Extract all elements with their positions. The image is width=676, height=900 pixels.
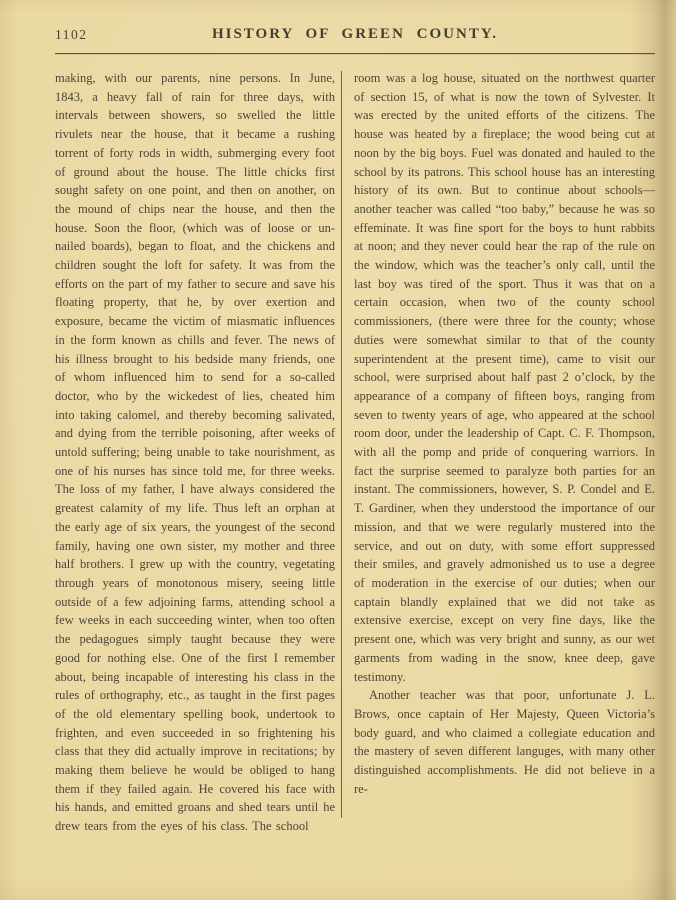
header-rule [55,53,655,54]
paragraph: room was a log house, situated on the no… [354,69,655,686]
text-columns: making, with our parents, nine persons. … [55,69,655,836]
column-divider [341,71,342,818]
running-title: HISTORY OF GREEN COUNTY. [55,26,655,43]
page-scan: 1102 HISTORY OF GREEN COUNTY. making, wi… [0,0,676,900]
page-header: 1102 HISTORY OF GREEN COUNTY. [55,26,655,46]
paragraph: Another teacher was that poor, unfortuna… [354,686,655,798]
left-column: making, with our parents, nine persons. … [55,69,335,836]
page-number: 1102 [55,27,88,43]
paragraph: making, with our parents, nine persons. … [55,69,335,836]
right-column: room was a log house, situated on the no… [354,69,655,836]
